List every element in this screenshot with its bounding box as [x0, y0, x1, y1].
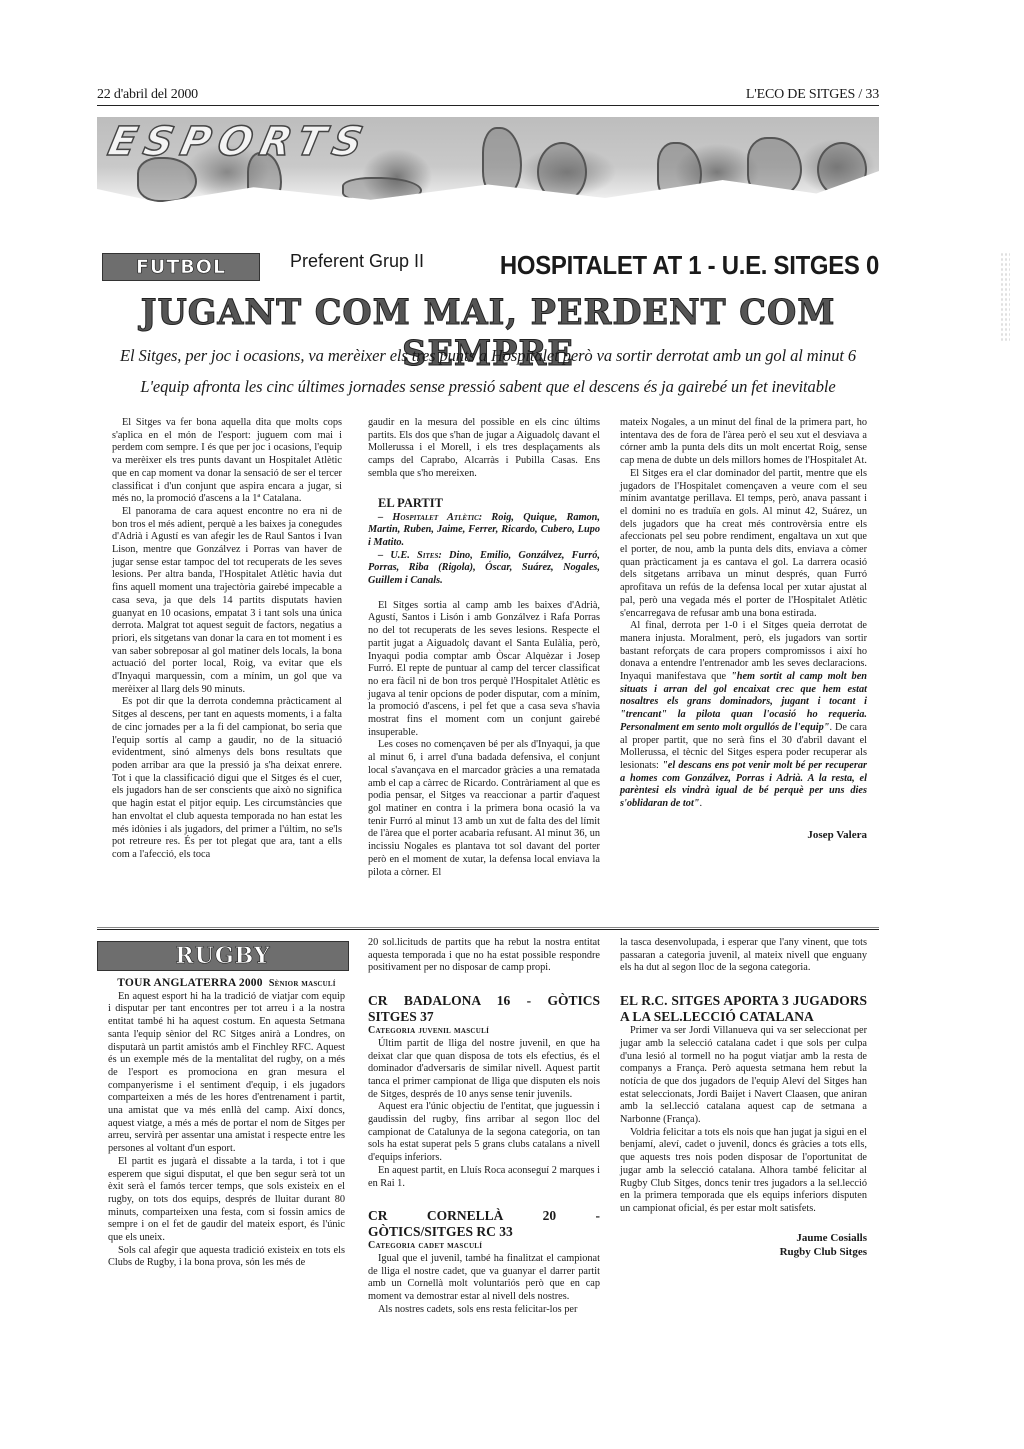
rugby-byline-org: Rugby Club Sitges — [620, 1246, 867, 1259]
banner-title: ESPORTS — [104, 119, 374, 165]
paragraph: la tasca desenvolupada, i esperar que l'… — [620, 937, 867, 975]
publication-page: L'ECO DE SITGES / 33 — [746, 87, 879, 103]
paragraph: El partit es jugarà el dissabte a la tar… — [108, 1156, 345, 1245]
futbol-byline: Josep Valera — [620, 829, 867, 842]
paragraph: Es pot dir que la derrota condemna pràct… — [112, 696, 342, 861]
paragraph: gaudir en la mesura del possible en els … — [368, 417, 600, 481]
match-title-cadet: CR CORNELLÀ 20 - GÒTICS/SITGES RC 33 — [368, 1208, 600, 1240]
section-tag-futbol: FUTBOL — [102, 253, 260, 281]
lineup-away: – U.E. Sites: Dino, Emilio, Gonzálvez, F… — [368, 550, 600, 588]
cyclist-figure-icon — [817, 142, 867, 197]
lineup-away-team: U.E. Sites: — [390, 550, 441, 561]
rugby-column-2: 20 sol.licituds de partits que ha rebut … — [368, 937, 600, 1316]
match-title-juvenil: CR BADALONA 16 - GÒTICS SITGES 37 — [368, 993, 600, 1025]
paragraph: Sols cal afegir que aquesta tradició exi… — [108, 1245, 345, 1270]
text: . — [700, 798, 703, 809]
swimmer-figure-icon — [342, 177, 422, 202]
rugby-column-1: TOUR ANGLATERRA 2000 Sènior masculí En a… — [108, 977, 345, 1270]
hockey-figure-icon — [747, 137, 802, 197]
paragraph: Aquest era l'únic objectiu de l'entitat,… — [368, 1101, 600, 1165]
league-name: Preferent Grup II — [290, 251, 424, 272]
paragraph: Igual que el juvenil, també ha finalitza… — [368, 1253, 600, 1304]
paragraph: Voldria felicitar a tots els nois que ha… — [620, 1127, 867, 1216]
match-category-cadet: Categoria Cadet masculí — [368, 1240, 600, 1253]
paragraph: El Sitges era el clar dominador del part… — [620, 468, 867, 620]
article-deck-2: L'equip afronta les cinc últimes jornade… — [97, 377, 879, 397]
paragraph: Als nostres cadets, sols ens resta felic… — [368, 1304, 600, 1317]
rugby-byline-name: Jaume Cosialls — [620, 1232, 867, 1245]
surfer-figure-icon — [537, 142, 587, 202]
gymnast-figure-icon — [482, 127, 522, 197]
paragraph: mateix Nogales, a un minut del final de … — [620, 417, 867, 468]
divider — [97, 927, 879, 928]
paragraph: 20 sol.licituds de partits que ha rebut … — [368, 937, 600, 975]
paragraph: Primer va ser Jordi Villanueva qui va se… — [620, 1025, 867, 1127]
tour-category: Sènior masculí — [269, 978, 336, 989]
paragraph: El Sitges va fer bona aquella dita que m… — [112, 417, 342, 506]
section-tag-rugby: RUGBY — [97, 941, 349, 971]
futbol-column-3: mateix Nogales, a un minut del final de … — [620, 417, 867, 842]
volleyball-figure-icon — [657, 142, 702, 202]
paragraph: El Sitges sortia al camp amb les baixes … — [368, 600, 600, 740]
page-header: 22 d'abril del 2000 L'ECO DE SITGES / 33 — [97, 86, 879, 106]
sports-banner: ESPORTS — [97, 117, 879, 207]
lineup-home-team: Hospitalet Atlètic: — [392, 512, 482, 523]
issue-date: 22 d'abril del 2000 — [97, 87, 198, 103]
tour-title: TOUR ANGLATERRA 2000 — [117, 977, 262, 989]
paragraph: Les coses no començaven bé per als d'Iny… — [368, 739, 600, 879]
scan-speckles — [1000, 252, 1010, 342]
paragraph: En aquest esport hi ha la tradició de vi… — [108, 991, 345, 1156]
lineup-home: – Hospitalet Atlètic: Roig, Quique, Ramo… — [368, 512, 600, 550]
divider — [97, 929, 879, 930]
rugby-column-3: la tasca desenvolupada, i esperar que l'… — [620, 937, 867, 1259]
match-scoreline: HOSPITALET AT 1 - U.E. SITGES 0 — [492, 250, 879, 281]
paragraph-with-quotes: Al final, derrota per 1-0 i el Sitges qu… — [620, 620, 867, 811]
paragraph: En aquest partit, en Lluís Roca aconsegu… — [368, 1165, 600, 1190]
paragraph: El panorama de cara aquest encontre no e… — [112, 506, 342, 697]
futbol-column-1: El Sitges va fer bona aquella dita que m… — [112, 417, 342, 862]
tour-heading: TOUR ANGLATERRA 2000 Sènior masculí — [108, 977, 345, 991]
paragraph: Últim partit de lliga del nostre juvenil… — [368, 1038, 600, 1102]
selection-title: EL R.C. SITGES APORTA 3 JUGADORS A LA SE… — [620, 993, 867, 1025]
article-deck-1: El Sitges, per joc i ocasions, va merèix… — [97, 346, 879, 366]
match-category-juvenil: Categoria juvenil masculí — [368, 1025, 600, 1038]
futbol-column-2: gaudir en la mesura del possible en els … — [368, 417, 600, 879]
match-section-title: EL PARTIT — [368, 496, 600, 510]
